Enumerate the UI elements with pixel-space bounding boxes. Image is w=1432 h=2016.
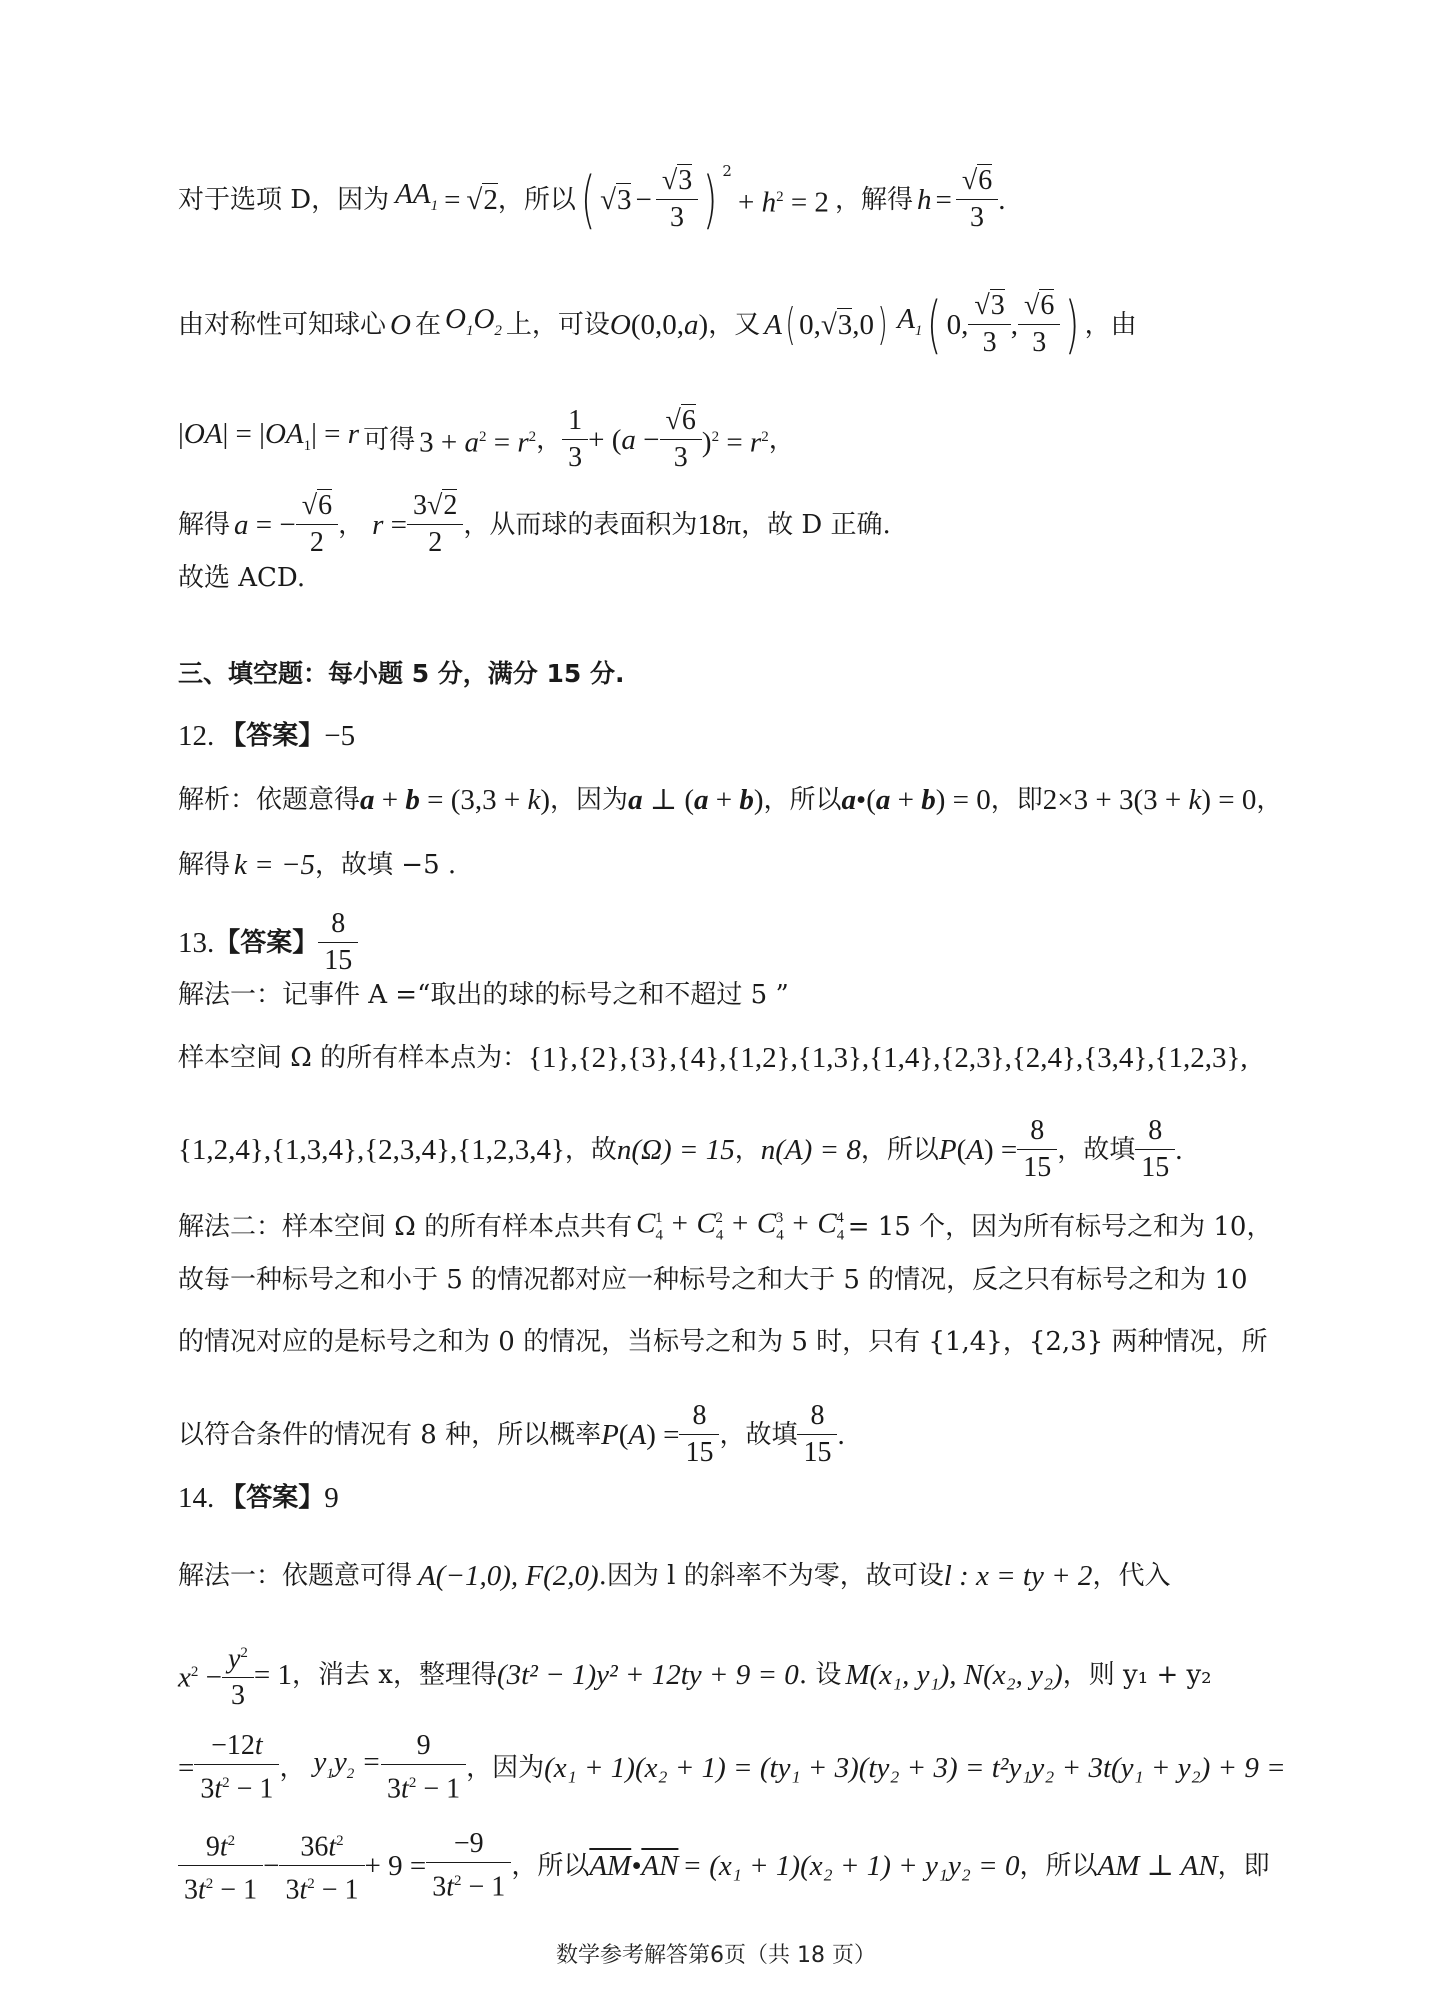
math: (x₁ + 1)(x₂ + 1) = (ty₁ + 3)(ty₂ + 3) = …	[544, 1748, 1286, 1788]
sample-points-row1: {1},{2},{3},{4},{1,2},{1,3},{1,4},{2,3},…	[528, 1038, 1248, 1078]
answer-tag: 【答案】	[220, 1478, 324, 1518]
math: AM ⊥ AN	[1097, 1846, 1217, 1886]
text: ，故填	[1057, 1130, 1135, 1170]
text: ，所以	[764, 780, 842, 820]
answer-tag: 【答案】	[214, 923, 318, 963]
text: 在	[415, 305, 441, 345]
text: ，所以	[861, 1130, 939, 1170]
option-d-line4: 解得 a = − √62 ， r = 3√22 ，从而球的表面积为 18π ，故…	[178, 490, 1340, 559]
answer-value: −5	[324, 716, 355, 756]
q13-method2-line2: 故每一种标号之和小于 5 的情况都对应一种标号之和大于 5 的情况，反之只有标号…	[178, 1260, 1340, 1300]
option-d-line3: |OA| = |OA1| = r 可得 3 + a2 = r2 ， 13 + (…	[178, 405, 1340, 474]
q14-line4: 9t23t2 − 1 − 36t23t2 − 1 + 9 = −93t2 − 1…	[178, 1825, 1340, 1907]
sample-points-row2: {1,2,4},{1,3,4},{2,3,4},{1,2,3,4}	[178, 1130, 565, 1170]
text: 的情况对应的是标号之和为 0 的情况，当标号之和为 5 时，只有 {1,4}，{…	[178, 1322, 1268, 1362]
math: k = −5	[234, 845, 315, 885]
text: 解法二：样本空间 Ω 的所有样本点共有	[178, 1207, 632, 1247]
answer-value: 9	[324, 1478, 339, 1518]
q12-analysis: 解析：依题意得 a + b = (3,3 + k) ，因为 a ⊥ (a + b…	[178, 780, 1340, 820]
math: l : x = ty + 2	[944, 1556, 1093, 1596]
text: 故选 ACD.	[178, 558, 305, 598]
question-number: 14.	[178, 1478, 214, 1518]
q13-method2-line4: 以符合条件的情况有 8 种，所以概率 P(A) = 815 ，故填 815.	[178, 1400, 1340, 1469]
math: = (x₁ + 1)(x₂ + 1) + y₁y₂ = 0	[682, 1846, 1019, 1886]
text: ，故 D 正确.	[741, 505, 891, 545]
q14-line2: x2 − y23 = 1 ，消去 x，整理得 (3t² − 1)y² + 12t…	[178, 1637, 1340, 1712]
text: ，即	[1218, 1846, 1270, 1886]
q13-method1-line1: 解法一：记事件 A =“取出的球的标号之和不超过 5 ”	[178, 975, 1340, 1015]
text: 解析：依题意得	[178, 780, 360, 820]
text: 由对称性可知球心	[178, 305, 386, 345]
q13-method1-line2: 样本空间 Ω 的所有样本点为： {1},{2},{3},{4},{1,2},{1…	[178, 1038, 1340, 1078]
text: ，故	[565, 1130, 617, 1170]
text: 样本空间 Ω 的所有样本点为：	[178, 1038, 528, 1078]
section-heading: 三、填空题：每小题 5 分，满分 15 分.	[178, 654, 1340, 694]
text: ，代入	[1092, 1556, 1170, 1596]
question-number: 13.	[178, 923, 214, 963]
text: ，解得	[835, 180, 913, 220]
text: 解法一：依题意可得	[178, 1556, 412, 1596]
math: A(−1,0), F(2,0)	[418, 1556, 599, 1596]
q13-method1-line3: {1,2,4},{1,3,4},{2,3,4},{1,2,3,4} ，故 n(Ω…	[178, 1115, 1340, 1184]
answer-tag: 【答案】	[220, 716, 324, 756]
text: ，因为	[550, 780, 628, 820]
answer-fraction: 815	[321, 908, 355, 977]
text: 对于选项 D，因为	[178, 180, 389, 220]
text: ，所以	[1019, 1846, 1097, 1886]
q14-line3: = −12t3t2 − 1 ， y1y2 = 93t2 − 1 ，因为 (x₁ …	[178, 1730, 1340, 1805]
text: .因为 l 的斜率不为零，故可设	[599, 1556, 944, 1596]
math: M(x₁, y₁), N(x₂, y₂)	[845, 1655, 1062, 1695]
page-number: 数学参考解答第6页（共 18 页）	[556, 1943, 876, 1968]
q13-method2-line3: 的情况对应的是标号之和为 0 的情况，当标号之和为 5 时，只有 {1,4}，{…	[178, 1322, 1340, 1362]
text: ，故填	[719, 1415, 797, 1455]
q13-method2-line1: 解法二：样本空间 Ω 的所有样本点共有 C41 + C42 + C43 + C4…	[178, 1198, 1340, 1255]
text: ，又	[708, 305, 760, 345]
text: ，由	[1085, 305, 1137, 345]
text: ，消去 x，整理得	[292, 1655, 497, 1695]
text: ，从而球的表面积为	[463, 505, 697, 545]
math: n(Ω) = 15	[617, 1130, 735, 1170]
math-sqrt2: √2	[466, 180, 497, 220]
q13-answer: 13. 【答案】 815	[178, 908, 1340, 977]
text: ，则 y₁ + y₂	[1063, 1655, 1212, 1695]
math: (3t² − 1)y² + 12ty + 9 = 0	[497, 1655, 799, 1695]
math-aa1: AA1	[395, 174, 438, 226]
text: 故每一种标号之和小于 5 的情况都对应一种标号之和大于 5 的情况，反之只有标号…	[178, 1260, 1248, 1300]
text: ，即	[991, 780, 1043, 820]
document-page: 对于选项 D，因为 AA1 = √2 ，所以 ( √3 − √33 )2 + h…	[0, 0, 1432, 2016]
fraction: √33	[659, 165, 695, 234]
page-footer: 数学参考解答第6页（共 18 页）	[0, 1938, 1432, 1969]
text: 解法一：记事件 A =“取出的球的标号之和不超过 5 ”	[178, 975, 789, 1015]
section-title: 三、填空题：每小题 5 分，满分 15 分.	[178, 654, 625, 694]
text: 上，可设	[506, 305, 610, 345]
option-d-line2: 由对称性可知球心 O 在 O1O2 上，可设 O(0,0,a) ，又 A(0,√…	[178, 290, 1340, 359]
text: ，所以	[511, 1846, 589, 1886]
option-d-line1: 对于选项 D，因为 AA1 = √2 ，所以 ( √3 − √33 )2 + h…	[178, 165, 1340, 234]
text: ，因为	[466, 1748, 544, 1788]
text: 解得	[178, 505, 230, 545]
text: 可得	[363, 420, 415, 460]
q14-line1: 解法一：依题意可得 A(−1,0), F(2,0) .因为 l 的斜率不为零，故…	[178, 1556, 1340, 1596]
math: n(A) = 8	[761, 1130, 861, 1170]
q12-result: 解得 k = −5 ，故填 −5 .	[178, 845, 1340, 885]
surface-area-value: 18π	[697, 505, 741, 545]
question-number: 12.	[178, 716, 214, 756]
q14-answer: 14. 【答案】 9	[178, 1478, 1340, 1518]
text: 以符合条件的情况有 8 种，所以概率	[178, 1415, 601, 1455]
q12-answer: 12. 【答案】 −5	[178, 716, 1340, 756]
text: = 15 个，因为所有标号之和为 10，	[848, 1207, 1273, 1247]
text: 解得	[178, 845, 230, 885]
text: . 设	[799, 1655, 842, 1695]
text: ，所以	[498, 180, 576, 220]
option-d-conclusion: 故选 ACD.	[178, 558, 1340, 598]
text: ，故填 −5 .	[315, 845, 456, 885]
